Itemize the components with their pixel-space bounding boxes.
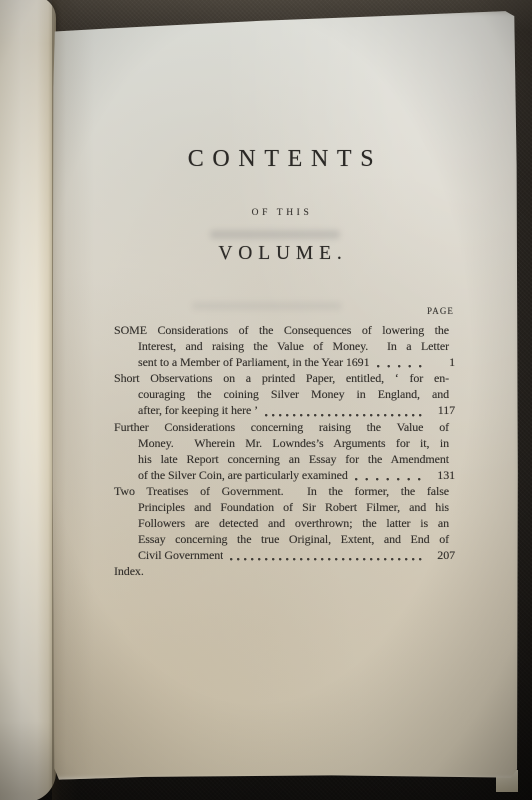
toc-line-text: Money. Wherein Mr. Lowndes’s Arguments f… <box>138 436 449 450</box>
toc-line: Money. Wherein Mr. Lowndes’s Arguments f… <box>114 435 455 451</box>
toc-line-text: Civil Government <box>138 547 223 563</box>
toc-line-text: Interest, and raising the Value of Money… <box>138 339 449 353</box>
toc-line-text: Index. <box>114 564 144 578</box>
toc-line: his late Report concerning an Essay for … <box>114 451 455 467</box>
toc-page-number: 131 <box>431 467 455 483</box>
toc-line: of the Silver Coin, are particularly exa… <box>114 467 455 483</box>
book-photo: CONTENTS OF THIS VOLUME. PAGE SOME Consi… <box>0 0 532 800</box>
toc-line: Short Observations on a printed Paper, e… <box>114 370 455 386</box>
toc-line: Principles and Foundation of Sir Robert … <box>114 499 455 515</box>
toc-line: SOME Considerations of the Consequences … <box>114 322 455 338</box>
toc-line: Essay concerning the true Original, Exte… <box>114 531 455 547</box>
toc-line-text: Followers are detected and overthrown; t… <box>138 516 449 530</box>
dot-leader <box>377 364 426 368</box>
toc-line-text: Principles and Foundation of Sir Robert … <box>138 500 449 514</box>
toc-line-text: sent to a Member of Parliament, in the Y… <box>138 354 370 370</box>
page-column-header: PAGE <box>427 306 454 316</box>
table-of-contents: SOME Considerations of the Consequences … <box>114 322 455 580</box>
toc-line-text: of the Silver Coin, are particularly exa… <box>138 467 348 483</box>
toc-line: Followers are detected and overthrown; t… <box>114 515 455 531</box>
toc-line: after, for keeping it here ’117 <box>114 402 455 418</box>
toc-page-number: 117 <box>431 402 455 418</box>
dot-leader <box>230 557 425 561</box>
toc-line-text: his late Report concerning an Essay for … <box>138 452 449 466</box>
facing-page-edge <box>0 0 56 800</box>
book-page: CONTENTS OF THIS VOLUME. PAGE SOME Consi… <box>52 10 518 780</box>
toc-line: sent to a Member of Parliament, in the Y… <box>114 354 455 370</box>
toc-line-text: Essay concerning the true Original, Exte… <box>138 532 449 546</box>
page-title: CONTENTS <box>52 146 518 173</box>
toc-line-text: couraging the coining Silver Money in En… <box>138 387 449 401</box>
toc-line-text: Two Treatises of Government. In the form… <box>114 484 449 498</box>
dot-leader <box>355 477 425 481</box>
volume-heading: VOLUME. <box>52 243 514 265</box>
toc-line: Civil Government207 <box>114 547 455 563</box>
ink-showthrough-smudge <box>210 230 340 239</box>
page-subtitle: OF THIS <box>52 208 512 218</box>
ink-showthrough-smudge <box>192 302 342 310</box>
toc-page-number: 207 <box>431 547 455 563</box>
toc-line: Interest, and raising the Value of Money… <box>114 338 455 354</box>
toc-line: Further Considerations concerning raisin… <box>114 419 455 435</box>
toc-line: Index. <box>114 563 455 579</box>
toc-line-text: Further Considerations concerning raisin… <box>114 420 449 434</box>
dot-leader <box>265 413 425 417</box>
toc-line-text: Short Observations on a printed Paper, e… <box>114 371 449 385</box>
toc-line-text: after, for keeping it here ’ <box>138 402 258 418</box>
toc-page-number: 1 <box>431 354 455 370</box>
toc-line-text: SOME Considerations of the Consequences … <box>114 323 449 337</box>
toc-line: Two Treatises of Government. In the form… <box>114 483 455 499</box>
toc-line: couraging the coining Silver Money in En… <box>114 386 455 402</box>
